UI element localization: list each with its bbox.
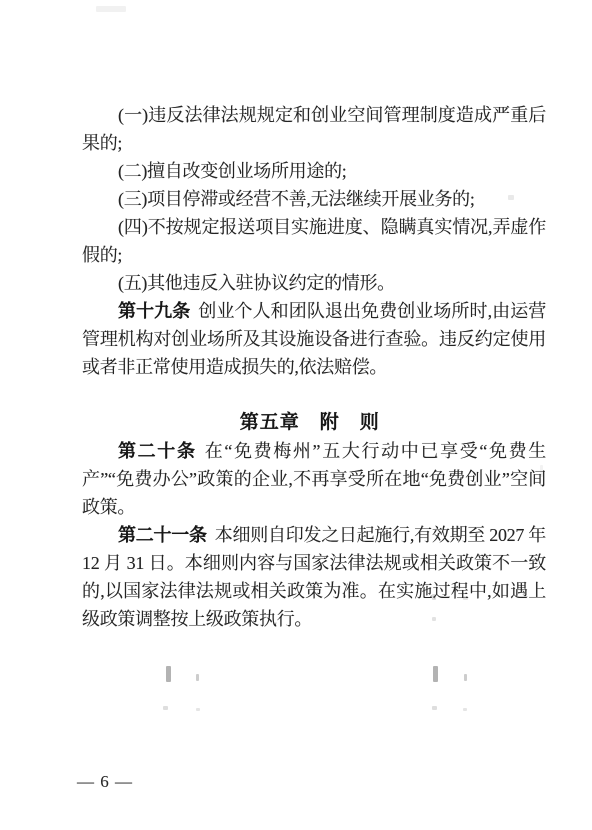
scan-artifact xyxy=(163,706,168,710)
clause-3: (三)项目停滞或经营不善,无法继续开展业务的; xyxy=(82,185,546,213)
scan-artifact xyxy=(196,708,200,711)
scan-artifact xyxy=(196,674,199,681)
paragraph-text: (三)项目停滞或经营不善,无法继续开展业务的; xyxy=(118,189,475,209)
article-number: 第二十条 xyxy=(118,441,197,461)
paragraph-text: (二)擅自改变创业场所用途的; xyxy=(118,161,347,181)
scan-artifact xyxy=(432,617,436,621)
scan-artifact xyxy=(540,465,543,477)
article-number: 第二十一条 xyxy=(118,525,207,545)
clause-4: (四)不按规定报送项目实施进度、隐瞒真实情况,弄虚作假的; xyxy=(82,213,546,269)
article-21: 第二十一条本细则自印发之日起施行,有效期至 2027 年 12 月 31 日。本… xyxy=(82,521,546,633)
scanned-document-page: (一)违反法律法规规定和创业空间管理制度造成严重后果的;(二)擅自改变创业场所用… xyxy=(0,0,592,830)
article-19: 第十九条创业个人和团队退出免费创业场所时,由运营管理机构对创业场所及其设施设备进… xyxy=(82,297,546,381)
scan-artifact xyxy=(464,674,467,681)
scan-artifact xyxy=(433,666,438,682)
scan-artifact xyxy=(508,195,514,200)
document-body: (一)违反法律法规规定和创业空间管理制度造成严重后果的;(二)擅自改变创业场所用… xyxy=(0,0,592,633)
scan-artifact xyxy=(166,666,171,682)
page-number: — 6 — xyxy=(77,772,133,792)
paragraph-text: (五)其他违反入驻协议约定的情形。 xyxy=(118,273,395,293)
scan-artifact xyxy=(463,708,467,711)
paragraph-text: (一)违反法律法规规定和创业空间管理制度造成严重后果的; xyxy=(82,105,546,153)
paragraph-text: (四)不按规定报送项目实施进度、隐瞒真实情况,弄虚作假的; xyxy=(82,217,546,265)
article-20: 第二十条在“免费梅州”五大行动中已享受“免费生产”“免费办公”政策的企业,不再享… xyxy=(82,437,546,521)
article-number: 第五章 附 则 xyxy=(240,412,380,433)
article-number: 第十九条 xyxy=(118,301,190,321)
scan-artifact xyxy=(463,596,468,600)
scan-artifact xyxy=(432,706,437,710)
scan-artifact xyxy=(96,6,126,12)
clause-2: (二)擅自改变创业场所用途的; xyxy=(82,157,546,185)
clause-5: (五)其他违反入驻协议约定的情形。 xyxy=(82,269,546,297)
scan-artifact xyxy=(163,618,167,622)
chapter-5-heading: 第五章 附 则 xyxy=(82,409,546,437)
scan-artifact xyxy=(432,594,436,600)
clause-1: (一)违反法律法规规定和创业空间管理制度造成严重后果的; xyxy=(82,101,546,157)
